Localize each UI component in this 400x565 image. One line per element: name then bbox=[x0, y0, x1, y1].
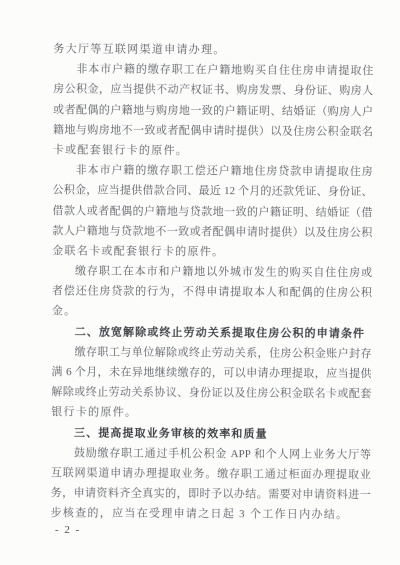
text-line: 非本市户籍的缴存职工偿还户籍地住房贷款申请提取住房 bbox=[53, 160, 373, 182]
text-line: 非本市户籍的缴存职工在户籍地购买自住住房申请提取住 bbox=[53, 59, 373, 81]
page-number: - 2 - bbox=[55, 524, 81, 536]
text-line: 步核查的，应当在受理申请之日起 3 个工作日内办结。 bbox=[51, 503, 371, 525]
document-text-block: 务大厅等互联网渠道申请办理。 非本市户籍的缴存职工在户籍地购买自住住房申请提取住… bbox=[51, 39, 374, 525]
section-heading: 三、提高提取业务审核的效率和质量 bbox=[51, 423, 371, 445]
text-line: 卡或配套银行卡的原件。 bbox=[53, 140, 373, 162]
text-line: 互联网渠道申请办理提取业务。缴存职工通过柜面办理提取业 bbox=[51, 463, 371, 485]
text-line: 务大厅等互联网渠道申请办理。 bbox=[53, 39, 373, 61]
text-line: 金联名卡或配套银行卡的原件。 bbox=[52, 241, 372, 263]
text-line: 务，申请资料齐全真实的，即时予以办结。需要对申请资料进一 bbox=[51, 483, 371, 505]
text-line: 鼓励缴存职工通过手机公积金 APP 和个人网上业务大厅等 bbox=[51, 443, 371, 465]
text-line: 金。 bbox=[52, 301, 372, 323]
text-line: 银行卡的原件。 bbox=[51, 402, 371, 424]
text-line: 缴存职工在本市和户籍地以外城市发生的购买自住住房或 bbox=[52, 261, 372, 283]
text-line: 满 6 个月，未在异地继续缴存的，可以申请办理提取，应当提供 bbox=[51, 362, 371, 384]
text-line: 者偿还住房贷款的行为，不得申请提取本人和配偶的住房公积 bbox=[52, 281, 372, 303]
text-line: 或者配偶的户籍地与购房地一致的户籍证明、结婚证（购房人户 bbox=[53, 100, 373, 122]
text-line: 籍地与购房地不一致或者配偶申请时提供）以及住房公积金联名 bbox=[53, 120, 373, 142]
text-line: 解除或终止劳动关系协议、身份证以及住房公积金联名卡或配套 bbox=[51, 382, 371, 404]
text-line: 房公积金，应当提供不动产权证书、购房发票、身份证、购房人 bbox=[53, 79, 373, 101]
text-line: 款人户籍地与贷款地不一致或者配偶申请时提供）以及住房公积 bbox=[52, 221, 372, 243]
text-line: 缴存职工与单位解除或终止劳动关系，住房公积金账户封存 bbox=[52, 342, 372, 364]
text-line: 借款人或者配偶的户籍地与贷款地一致的户籍证明、结婚证（借 bbox=[52, 201, 372, 223]
document-page: 务大厅等互联网渠道申请办理。 非本市户籍的缴存职工在户籍地购买自住住房申请提取住… bbox=[0, 0, 400, 565]
text-line: 公积金，应当提供借款合同、最近 12 个月的还款凭证、身份证、 bbox=[52, 180, 372, 202]
section-heading: 二、放宽解除或终止劳动关系提取住房公积的申请条件 bbox=[52, 322, 372, 344]
